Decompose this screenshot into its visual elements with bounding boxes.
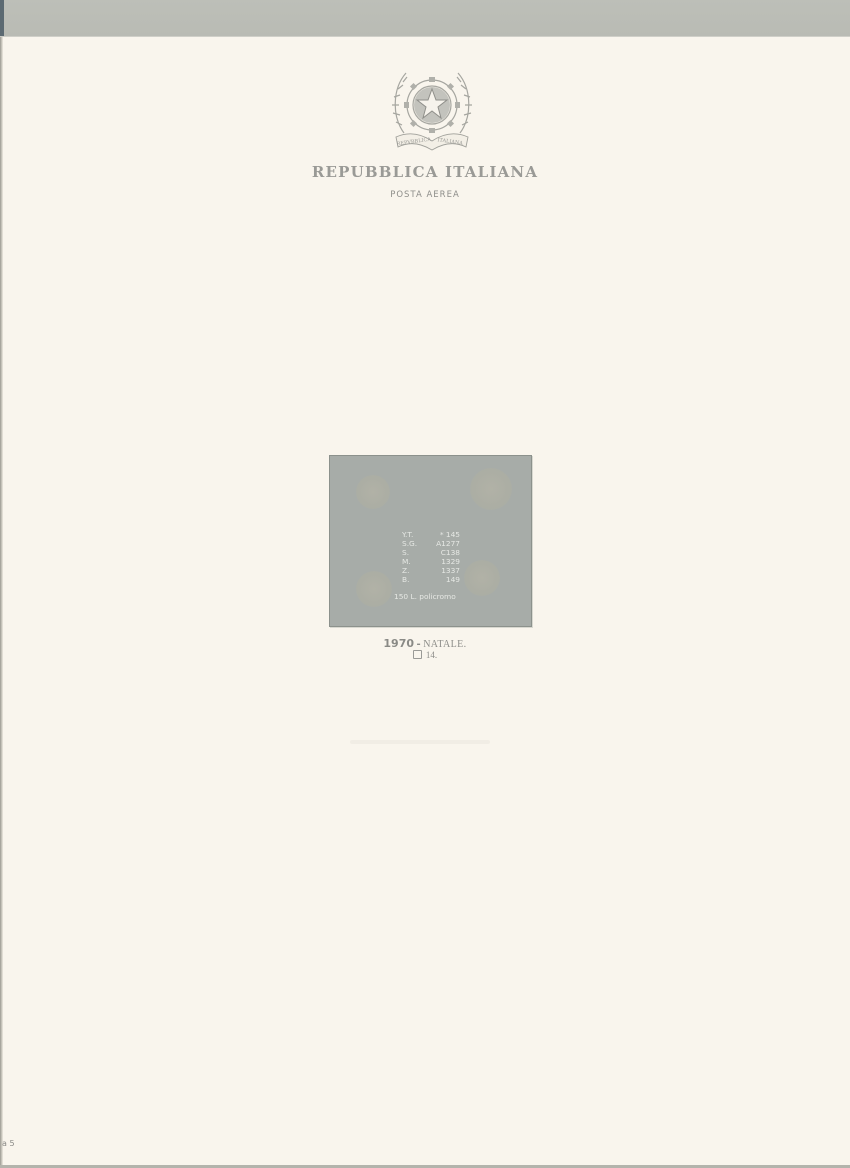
page-subtitle: POSTA AEREA: [0, 190, 850, 200]
issue-year: 1970: [383, 637, 414, 650]
page-left-edge: [0, 37, 3, 1165]
catalog-number: 149: [446, 576, 460, 585]
page-number: a 5: [2, 1139, 15, 1148]
caption-separator: -: [417, 639, 421, 650]
stamp-box-icon: [413, 650, 422, 659]
catalog-name: B.: [402, 576, 409, 585]
hinge-mark-top-left: [356, 475, 390, 509]
top-scan-band: [0, 0, 850, 37]
emblem-of-italy-icon: REPVBBLICA ITALIANA: [388, 55, 476, 155]
stamp-caption: 1970 - NATALE.: [0, 637, 850, 650]
scan-corner: [0, 0, 4, 36]
catalog-row: B. 149: [402, 576, 460, 585]
catalog-numbers: Y.T. * 145 S.G. A1277 S. C138 M. 1329 Z.…: [402, 531, 460, 584]
hinge-mark-bottom-left: [356, 571, 392, 607]
hinge-mark-top-right: [470, 468, 512, 510]
stamp-mount: Y.T. * 145 S.G. A1277 S. C138 M. 1329 Z.…: [329, 455, 532, 627]
stamp-description: 150 L. policromo: [394, 592, 494, 601]
hinge-mark-bottom-right: [464, 560, 500, 596]
page-title: REPUBBLICA ITALIANA: [0, 163, 850, 181]
stamp-subcaption: 14.: [0, 650, 850, 660]
stamp-count: 14.: [426, 650, 437, 660]
issue-title: NATALE.: [423, 639, 466, 650]
paper-smudge: [350, 740, 490, 744]
